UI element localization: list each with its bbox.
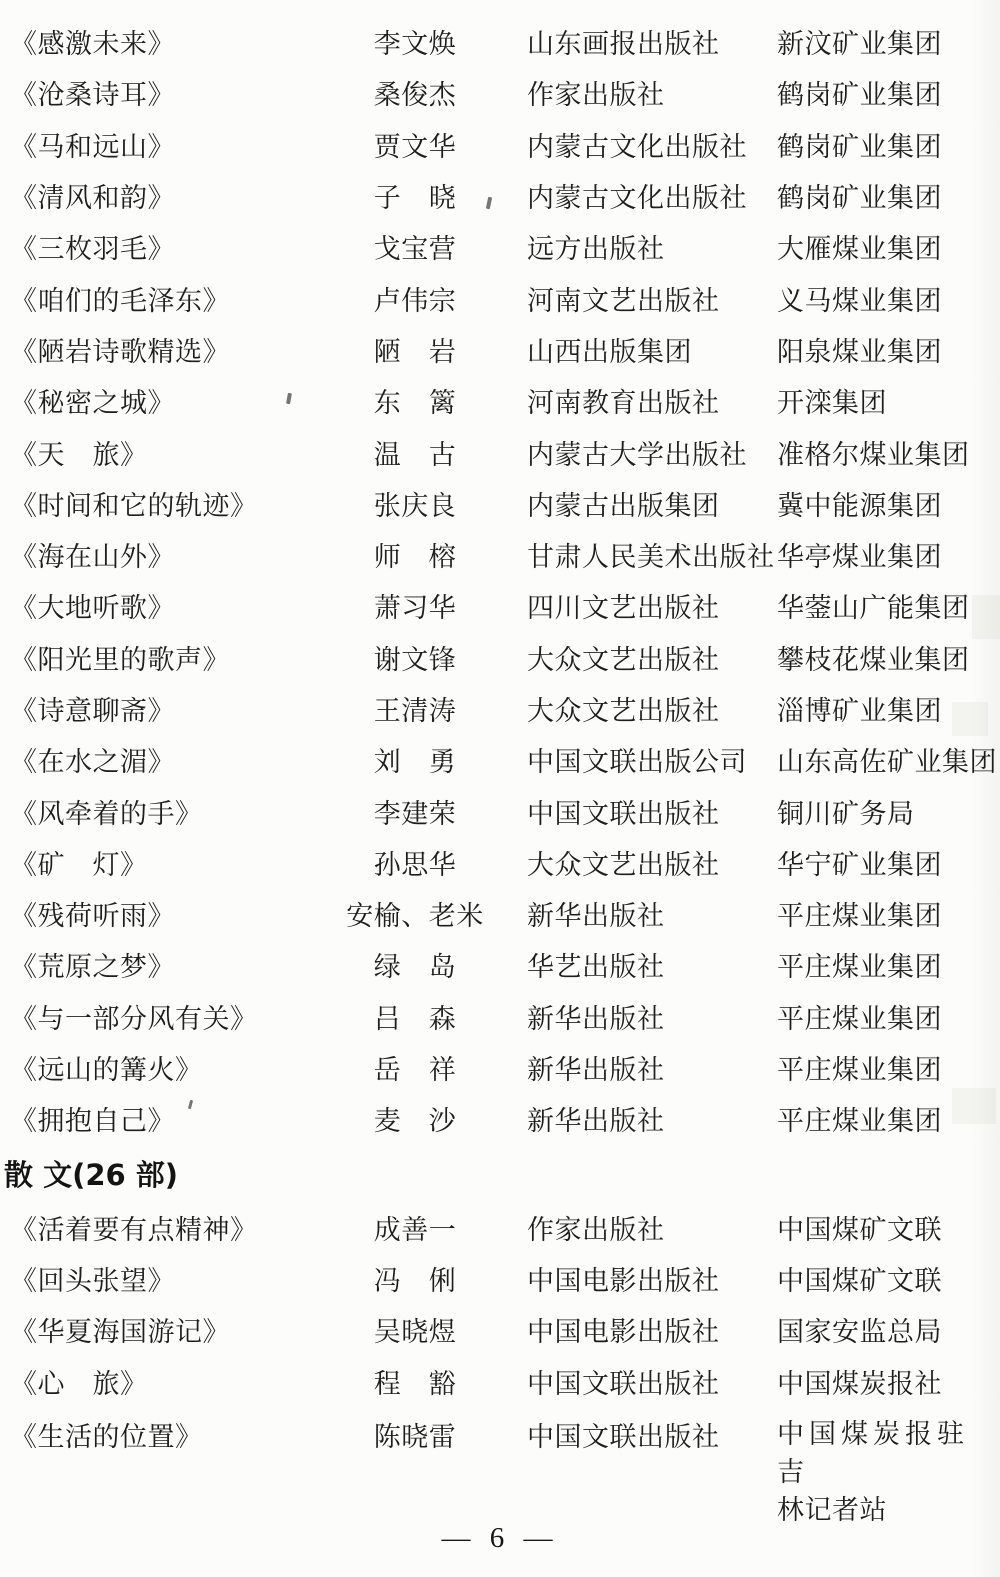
book-author: 吴晓煜 [345, 1310, 485, 1349]
book-organization: 中国煤炭报驻吉 林记者站 [777, 1415, 1000, 1529]
table-row: 《天 旅》 温 古 内蒙古大学出版社 准格尔煤业集团 [0, 426, 1000, 477]
book-author: 子 晓 [345, 176, 485, 215]
table-row: 《大地听歌》 萧习华 四川文艺出版社 华蓥山广能集团 [0, 580, 1000, 631]
book-organization: 阳泉煤业集团 [777, 330, 1000, 369]
book-publisher: 中国文联出版社 [527, 792, 777, 831]
table-row: 《生活的位置》 陈晓雷 中国文联出版社 中国煤炭报驻吉 林记者站 [0, 1407, 1000, 1529]
book-title: 《大地听歌》 [10, 586, 345, 625]
book-organization: 中国煤矿文联 [777, 1259, 1000, 1298]
table-row: 《在水之湄》 刘 勇 中国文联出版公司 山东高佐矿业集团 [0, 734, 1000, 785]
book-publisher: 甘肃人民美术出版社 [527, 535, 777, 574]
table-row: 《远山的篝火》 岳 祥 新华出版社 平庄煤业集团 [0, 1042, 1000, 1093]
book-publisher: 新华出版社 [527, 894, 777, 933]
book-publisher: 内蒙古文化出版社 [527, 176, 777, 215]
book-publisher: 大众文艺出版社 [527, 689, 777, 728]
table-row: 《风牵着的手》 李建荣 中国文联出版社 铜川矿务局 [0, 785, 1000, 836]
table-row: 《拥抱自己》 麦 沙 新华出版社 平庄煤业集团 [0, 1093, 1000, 1144]
book-organization: 平庄煤业集团 [777, 997, 1000, 1036]
book-publisher: 河南教育出版社 [527, 381, 777, 420]
book-publisher: 山东画报出版社 [527, 22, 777, 61]
table-row: 《陋岩诗歌精选》 陋 岩 山西出版集团 阳泉煤业集团 [0, 324, 1000, 375]
book-publisher: 中国文联出版公司 [527, 740, 777, 779]
book-title: 《拥抱自己》 [10, 1099, 345, 1138]
book-title: 《荒原之梦》 [10, 945, 345, 984]
scanned-document-page: 《感激未来》 李文焕 山东画报出版社 新汶矿业集团 《沧桑诗耳》 桑俊杰 作家出… [0, 0, 1000, 1577]
book-title: 《天 旅》 [10, 433, 345, 472]
book-publisher: 大众文艺出版社 [527, 638, 777, 677]
book-title: 《心 旅》 [10, 1362, 345, 1401]
book-publisher: 新华出版社 [527, 1048, 777, 1087]
book-publisher: 远方出版社 [527, 227, 777, 266]
book-author: 麦 沙 [345, 1099, 485, 1138]
book-publisher: 四川文艺出版社 [527, 586, 777, 625]
table-row: 《荒原之梦》 绿 岛 华艺出版社 平庄煤业集团 [0, 939, 1000, 990]
book-author: 王清涛 [345, 689, 485, 728]
table-row: 《沧桑诗耳》 桑俊杰 作家出版社 鹤岗矿业集团 [0, 67, 1000, 118]
table-row: 《海在山外》 师 榕 甘肃人民美术出版社 华亭煤业集团 [0, 529, 1000, 580]
book-author: 桑俊杰 [345, 73, 485, 112]
book-author: 陈晓雷 [345, 1415, 485, 1454]
book-organization: 中国煤炭报社 [777, 1362, 1000, 1401]
book-title: 《华夏海国游记》 [10, 1310, 345, 1349]
table-row: 《咱们的毛泽东》 卢伟宗 河南文艺出版社 义马煤业集团 [0, 272, 1000, 323]
book-title: 《生活的位置》 [10, 1415, 345, 1454]
book-organization: 平庄煤业集团 [777, 894, 1000, 933]
table-row: 《回头张望》 冯 俐 中国电影出版社 中国煤矿文联 [0, 1253, 1000, 1304]
book-title: 《海在山外》 [10, 535, 345, 574]
book-title: 《矿 灯》 [10, 843, 345, 882]
book-organization: 准格尔煤业集团 [777, 433, 1000, 472]
table-row: 《与一部分风有关》 吕 森 新华出版社 平庄煤业集团 [0, 991, 1000, 1042]
book-title: 《感激未来》 [10, 22, 345, 61]
book-organization: 新汶矿业集团 [777, 22, 1000, 61]
book-organization: 山东高佐矿业集团 [777, 740, 1000, 779]
book-publisher: 中国电影出版社 [527, 1259, 777, 1298]
book-title: 《活着要有点精神》 [10, 1208, 345, 1247]
book-publisher: 新华出版社 [527, 997, 777, 1036]
table-row: 《活着要有点精神》 成善一 作家出版社 中国煤矿文联 [0, 1202, 1000, 1253]
book-organization: 攀枝花煤业集团 [777, 638, 1000, 677]
table-row: 《心 旅》 程 豁 中国文联出版社 中国煤炭报社 [0, 1355, 1000, 1406]
book-author: 东 篱 [345, 381, 485, 420]
book-organization: 中国煤矿文联 [777, 1208, 1000, 1247]
page-number: — 6 — [0, 1522, 1000, 1555]
book-organization: 铜川矿务局 [777, 792, 1000, 831]
book-publisher: 中国电影出版社 [527, 1310, 777, 1349]
book-publisher: 内蒙古文化出版社 [527, 125, 777, 164]
book-publisher: 作家出版社 [527, 1208, 777, 1247]
book-title: 《沧桑诗耳》 [10, 73, 345, 112]
book-title: 《诗意聊斋》 [10, 689, 345, 728]
book-author: 萧习华 [345, 586, 485, 625]
book-organization: 淄博矿业集团 [777, 689, 1000, 728]
book-title: 《远山的篝火》 [10, 1048, 345, 1087]
book-author: 温 古 [345, 433, 485, 472]
book-organization: 大雁煤业集团 [777, 227, 1000, 266]
book-title: 《残荷听雨》 [10, 894, 345, 933]
table-row: 《矿 灯》 孙思华 大众文艺出版社 华宁矿业集团 [0, 837, 1000, 888]
book-author: 绿 岛 [345, 945, 485, 984]
book-author: 李建荣 [345, 792, 485, 831]
book-author: 陋 岩 [345, 330, 485, 369]
book-publisher: 作家出版社 [527, 73, 777, 112]
table-row: 《时间和它的轨迹》 张庆良 内蒙古出版集团 冀中能源集团 [0, 478, 1000, 529]
book-author: 谢文锋 [345, 638, 485, 677]
table-row: 《三枚羽毛》 戈宝营 远方出版社 大雁煤业集团 [0, 221, 1000, 272]
book-title: 《风牵着的手》 [10, 792, 345, 831]
table-row: 《华夏海国游记》 吴晓煜 中国电影出版社 国家安监总局 [0, 1304, 1000, 1355]
book-organization: 平庄煤业集团 [777, 1099, 1000, 1138]
book-author: 贾文华 [345, 125, 485, 164]
book-publisher: 大众文艺出版社 [527, 843, 777, 882]
book-author: 卢伟宗 [345, 279, 485, 318]
book-publisher: 中国文联出版社 [527, 1415, 777, 1454]
book-organization: 华亭煤业集团 [777, 535, 1000, 574]
book-organization: 国家安监总局 [777, 1310, 1000, 1349]
book-author: 孙思华 [345, 843, 485, 882]
book-title: 《与一部分风有关》 [10, 997, 345, 1036]
table-row: 《阳光里的歌声》 谢文锋 大众文艺出版社 攀枝花煤业集团 [0, 632, 1000, 683]
book-organization: 华蓥山广能集团 [777, 586, 1000, 625]
book-author: 吕 森 [345, 997, 485, 1036]
book-publisher: 新华出版社 [527, 1099, 777, 1138]
book-organization: 鹤岗矿业集团 [777, 73, 1000, 112]
book-organization: 平庄煤业集团 [777, 1048, 1000, 1087]
book-author: 成善一 [345, 1208, 485, 1247]
table-row: 《秘密之城》 东 篱 河南教育出版社 开滦集团 [0, 375, 1000, 426]
book-author: 戈宝营 [345, 227, 485, 266]
book-author: 程 豁 [345, 1362, 485, 1401]
book-title: 《马和远山》 [10, 125, 345, 164]
table-row: 《清风和韵》 子 晓 内蒙古文化出版社 鹤岗矿业集团 [0, 170, 1000, 221]
table-row: 《马和远山》 贾文华 内蒙古文化出版社 鹤岗矿业集团 [0, 119, 1000, 170]
book-title: 《三枚羽毛》 [10, 227, 345, 266]
book-title: 《阳光里的歌声》 [10, 638, 345, 677]
book-organization: 冀中能源集团 [777, 484, 1000, 523]
book-publisher: 中国文联出版社 [527, 1362, 777, 1401]
book-author: 冯 俐 [345, 1259, 485, 1298]
book-author: 安榆、老米 [345, 894, 485, 933]
book-title: 《在水之湄》 [10, 740, 345, 779]
book-organization: 平庄煤业集团 [777, 945, 1000, 984]
book-author: 师 榕 [345, 535, 485, 574]
book-organization: 华宁矿业集团 [777, 843, 1000, 882]
book-title: 《时间和它的轨迹》 [10, 484, 345, 523]
book-organization: 鹤岗矿业集团 [777, 176, 1000, 215]
section-header: 散 文(26 部) [0, 1145, 1000, 1202]
book-author: 张庆良 [345, 484, 485, 523]
book-title: 《回头张望》 [10, 1259, 345, 1298]
book-publisher: 华艺出版社 [527, 945, 777, 984]
book-title: 《陋岩诗歌精选》 [10, 330, 345, 369]
book-author: 岳 祥 [345, 1048, 485, 1087]
book-title: 《秘密之城》 [10, 381, 345, 420]
book-publisher: 内蒙古出版集团 [527, 484, 777, 523]
book-publisher: 河南文艺出版社 [527, 279, 777, 318]
book-author: 李文焕 [345, 22, 485, 61]
table-row: 《诗意聊斋》 王清涛 大众文艺出版社 淄博矿业集团 [0, 683, 1000, 734]
book-title: 《咱们的毛泽东》 [10, 279, 345, 318]
book-author: 刘 勇 [345, 740, 485, 779]
book-organization: 开滦集团 [777, 381, 1000, 420]
table-row: 《残荷听雨》 安榆、老米 新华出版社 平庄煤业集团 [0, 888, 1000, 939]
book-publisher: 内蒙古大学出版社 [527, 433, 777, 472]
book-organization: 鹤岗矿业集团 [777, 125, 1000, 164]
book-organization: 义马煤业集团 [777, 279, 1000, 318]
book-award-list: 《感激未来》 李文焕 山东画报出版社 新汶矿业集团 《沧桑诗耳》 桑俊杰 作家出… [0, 0, 1000, 1529]
book-title: 《清风和韵》 [10, 176, 345, 215]
table-row: 《感激未来》 李文焕 山东画报出版社 新汶矿业集团 [0, 16, 1000, 67]
book-publisher: 山西出版集团 [527, 330, 777, 369]
